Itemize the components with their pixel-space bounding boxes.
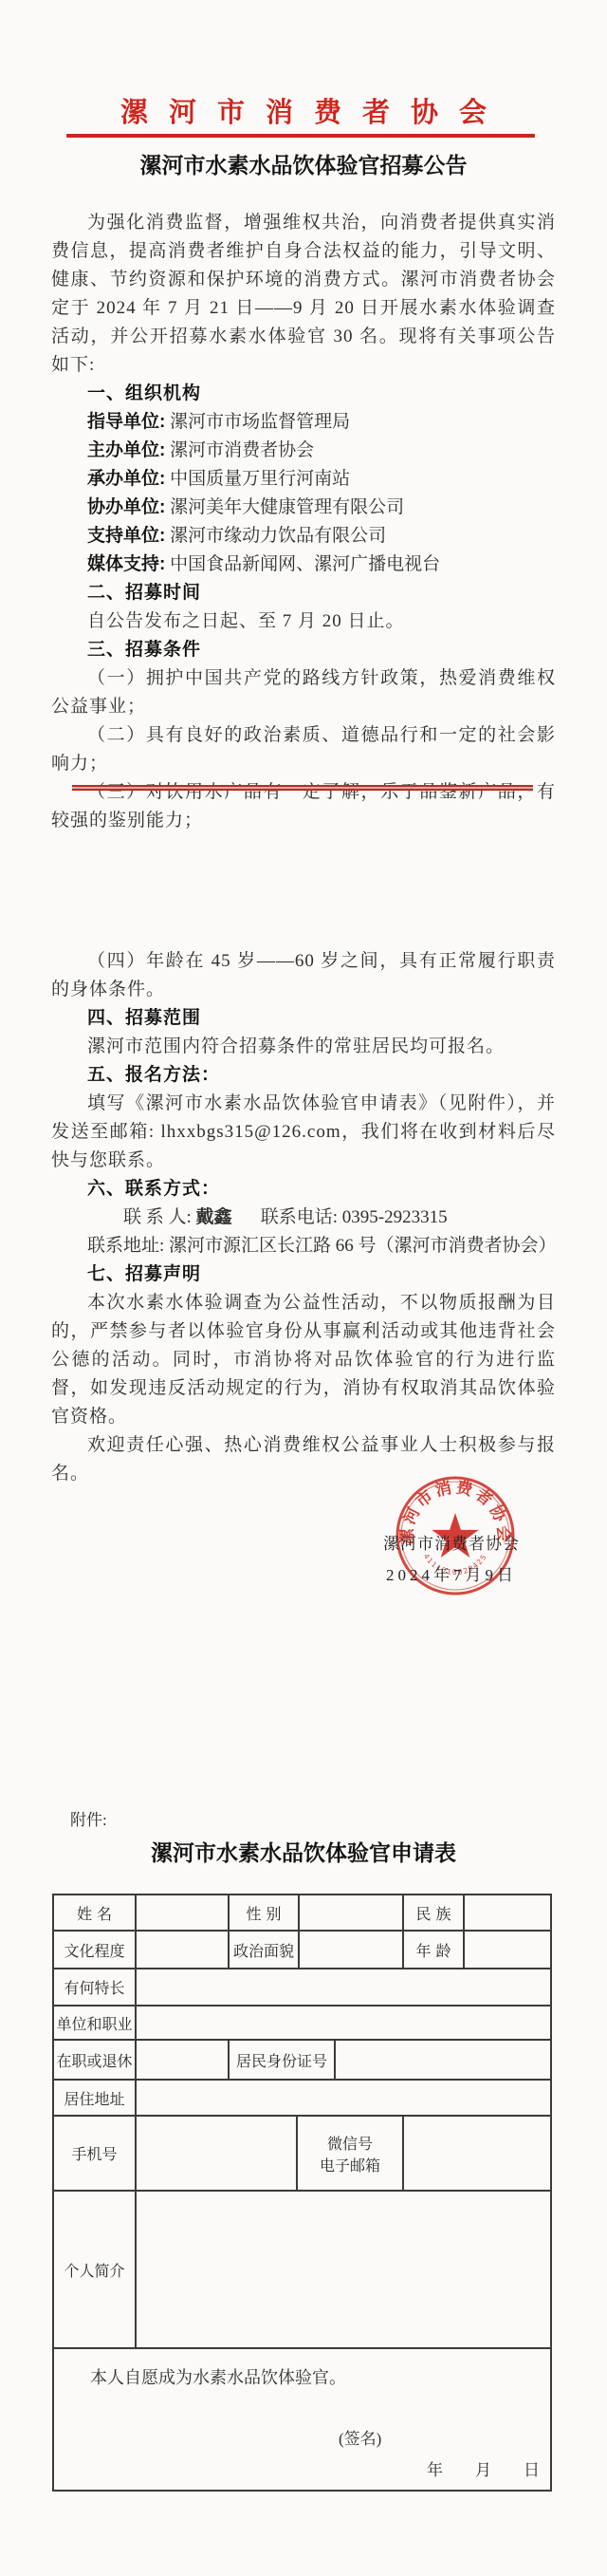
unit-value: 漯河市市场监督管理局 bbox=[170, 412, 350, 432]
unit-line: 指导单位: 漯河市市场监督管理局 bbox=[51, 408, 556, 437]
form-field-ethnicity-label: 民族 bbox=[404, 1895, 465, 1930]
condition-4: （四）年龄在 45 岁——60 岁之间，具有正常履行职责的身体条件。 bbox=[51, 947, 556, 1004]
form-field-wechat-label: 微信号 bbox=[327, 2132, 373, 2154]
form-field-name-value bbox=[137, 1895, 230, 1930]
section-2-heading: 二、招募时间 bbox=[51, 579, 556, 607]
condition-1: （一）拥护中国共产党的路线方针政策，热爱消费维权公益事业； bbox=[51, 664, 556, 721]
unit-label: 指导单位: bbox=[87, 412, 165, 432]
unit-label: 主办单位: bbox=[87, 440, 165, 460]
apply-method: 填写《漯河市水素水品饮体验官申请表》（见附件），并发送至邮箱: lhxxbgs3… bbox=[51, 1090, 556, 1175]
letterhead-divider bbox=[66, 134, 535, 138]
form-row: 单位和职业 bbox=[54, 2007, 550, 2041]
form-field-wechat-email-value bbox=[404, 2117, 550, 2190]
form-row: 个人简介 bbox=[54, 2192, 550, 2349]
statement-paragraph: 本次水素水体验调查为公益性活动，不以物质报酬为目的，严禁参与者以体验官身份从事赢… bbox=[51, 1289, 556, 1431]
form-field-gender-label: 性别 bbox=[230, 1895, 300, 1930]
form-field-mobile-value bbox=[137, 2117, 298, 2190]
section-6-heading: 六、联系方式： bbox=[51, 1175, 556, 1204]
intro-paragraph: 为强化消费监督，增强维权共治，向消费者提供真实消费信息，提高消费者维护自身合法权… bbox=[51, 209, 556, 380]
unit-value: 漯河市消费者协会 bbox=[170, 440, 314, 460]
form-field-address-value bbox=[137, 2081, 550, 2115]
contact-person-name: 戴鑫 bbox=[196, 1207, 232, 1227]
form-field-profile-label: 个人简介 bbox=[54, 2192, 137, 2347]
contact-phone-number: 0395-2923315 bbox=[342, 1207, 448, 1227]
contact-address: 联系地址: 漯河市源汇区长江路 66 号（漯河市消费者协会） bbox=[51, 1232, 556, 1260]
declaration-text: 本人自愿成为水素水品饮体验官。 bbox=[90, 2364, 346, 2389]
unit-label: 协办单位: bbox=[87, 497, 165, 517]
form-field-status-label: 在职或退休 bbox=[54, 2041, 137, 2079]
section-1-heading: 一、组织机构 bbox=[51, 380, 556, 408]
section-7-heading: 七、招募声明 bbox=[51, 1260, 556, 1289]
scanned-document: 漯河市消费者协会 漯河市水素水品饮体验官招募公告 为强化消费监督，增强维权共治，… bbox=[0, 0, 607, 2576]
page-break-divider bbox=[72, 785, 533, 791]
section-3-heading: 三、招募条件 bbox=[51, 636, 556, 664]
contact-line: 联 系 人: 戴鑫 联系电话: 0395-2923315 bbox=[51, 1204, 556, 1232]
unit-label: 承办单位: bbox=[87, 469, 165, 489]
unit-line: 承办单位: 中国质量万里行河南站 bbox=[51, 465, 556, 494]
form-field-education-value bbox=[137, 1932, 230, 1968]
form-field-id-number-value bbox=[336, 2041, 550, 2079]
application-form-table: 姓名 性别 民族 文化程度 政治面貌 年龄 有何特长 单位和职业 在职或 bbox=[52, 1894, 552, 2492]
section-4-heading: 四、招募范围 bbox=[51, 1004, 556, 1033]
form-field-specialty-value bbox=[137, 1969, 550, 2005]
form-title: 漯河市水素水品饮体验官申请表 bbox=[0, 1836, 607, 1867]
condition-2: （二）具有良好的政治素质、道德品行和一定的社会影响力； bbox=[51, 721, 556, 778]
form-row: 有何特长 bbox=[54, 1969, 550, 2007]
unit-label: 支持单位: bbox=[87, 526, 165, 546]
form-field-wechat-email-label: 微信号 电子邮箱 bbox=[298, 2117, 404, 2190]
contact-phone-label: 联系电话: bbox=[261, 1207, 342, 1227]
attachment-label: 附件: bbox=[70, 1806, 107, 1830]
unit-value: 中国食品新闻网、漯河广播电视台 bbox=[170, 554, 440, 574]
form-field-specialty-label: 有何特长 bbox=[54, 1969, 137, 2005]
form-declaration-row: 本人自愿成为水素水品饮体验官。 (签名) 年 月 日 bbox=[54, 2349, 550, 2490]
form-field-employer-label: 单位和职业 bbox=[54, 2007, 137, 2039]
form-row: 文化程度 政治面貌 年龄 bbox=[54, 1932, 550, 1969]
contact-person-label: 联 系 人: bbox=[123, 1207, 196, 1227]
unit-value: 漯河市缘动力饮品有限公司 bbox=[170, 526, 386, 546]
unit-value: 中国质量万里行河南站 bbox=[170, 469, 350, 489]
form-field-email-label: 电子邮箱 bbox=[320, 2154, 380, 2175]
form-field-status-value bbox=[137, 2041, 230, 2079]
form-field-age-value bbox=[465, 1932, 550, 1968]
form-field-id-number-label: 居民身份证号 bbox=[230, 2041, 336, 2079]
notice-body-page1: 为强化消费监督，增强维权共治，向消费者提供真实消费信息，提高消费者维护自身合法权… bbox=[51, 209, 556, 835]
form-row: 居住地址 bbox=[54, 2081, 550, 2117]
sign-date: 2024年7月9日 bbox=[386, 1561, 517, 1585]
recruit-scope: 漯河市范围内符合招募条件的常驻居民均可报名。 bbox=[51, 1033, 556, 1061]
form-field-political-value bbox=[300, 1932, 404, 1968]
form-row: 在职或退休 居民身份证号 bbox=[54, 2041, 550, 2081]
form-field-mobile-label: 手机号 bbox=[54, 2117, 137, 2190]
unit-line: 支持单位: 漯河市缘动力饮品有限公司 bbox=[51, 522, 556, 551]
form-field-employer-value bbox=[137, 2007, 550, 2039]
form-field-name-label: 姓名 bbox=[54, 1895, 137, 1930]
unit-line: 主办单位: 漯河市消费者协会 bbox=[51, 437, 556, 465]
signer-name: 漯河市消费者协会 bbox=[383, 1530, 520, 1554]
form-row: 姓名 性别 民族 bbox=[54, 1895, 550, 1932]
form-field-education-label: 文化程度 bbox=[54, 1932, 137, 1968]
signature-label: (签名) bbox=[339, 2425, 381, 2449]
letterhead-org-name: 漯河市消费者协会 bbox=[0, 91, 607, 130]
form-field-age-label: 年龄 bbox=[404, 1932, 465, 1968]
form-field-political-label: 政治面貌 bbox=[230, 1932, 300, 1968]
unit-label: 媒体支持: bbox=[87, 554, 165, 574]
section-5-heading: 五、报名方法： bbox=[51, 1061, 556, 1090]
form-field-ethnicity-value bbox=[465, 1895, 550, 1930]
recruit-time: 自公告发布之日起、至 7 月 20 日止。 bbox=[51, 607, 556, 636]
form-field-address-label: 居住地址 bbox=[54, 2081, 137, 2115]
notice-title: 漯河市水素水品饮体验官招募公告 bbox=[0, 148, 607, 179]
form-field-gender-value bbox=[300, 1895, 404, 1930]
notice-body-page2: （四）年龄在 45 岁——60 岁之间，具有正常履行职责的身体条件。 四、招募范… bbox=[51, 947, 556, 1488]
date-fill-label: 年 月 日 bbox=[427, 2456, 540, 2480]
form-field-profile-value bbox=[137, 2192, 550, 2347]
form-row: 手机号 微信号 电子邮箱 bbox=[54, 2117, 550, 2192]
unit-line: 媒体支持: 中国食品新闻网、漯河广播电视台 bbox=[51, 551, 556, 579]
unit-line: 协办单位: 漯河美年大健康管理有限公司 bbox=[51, 494, 556, 522]
unit-value: 漯河美年大健康管理有限公司 bbox=[170, 497, 404, 517]
